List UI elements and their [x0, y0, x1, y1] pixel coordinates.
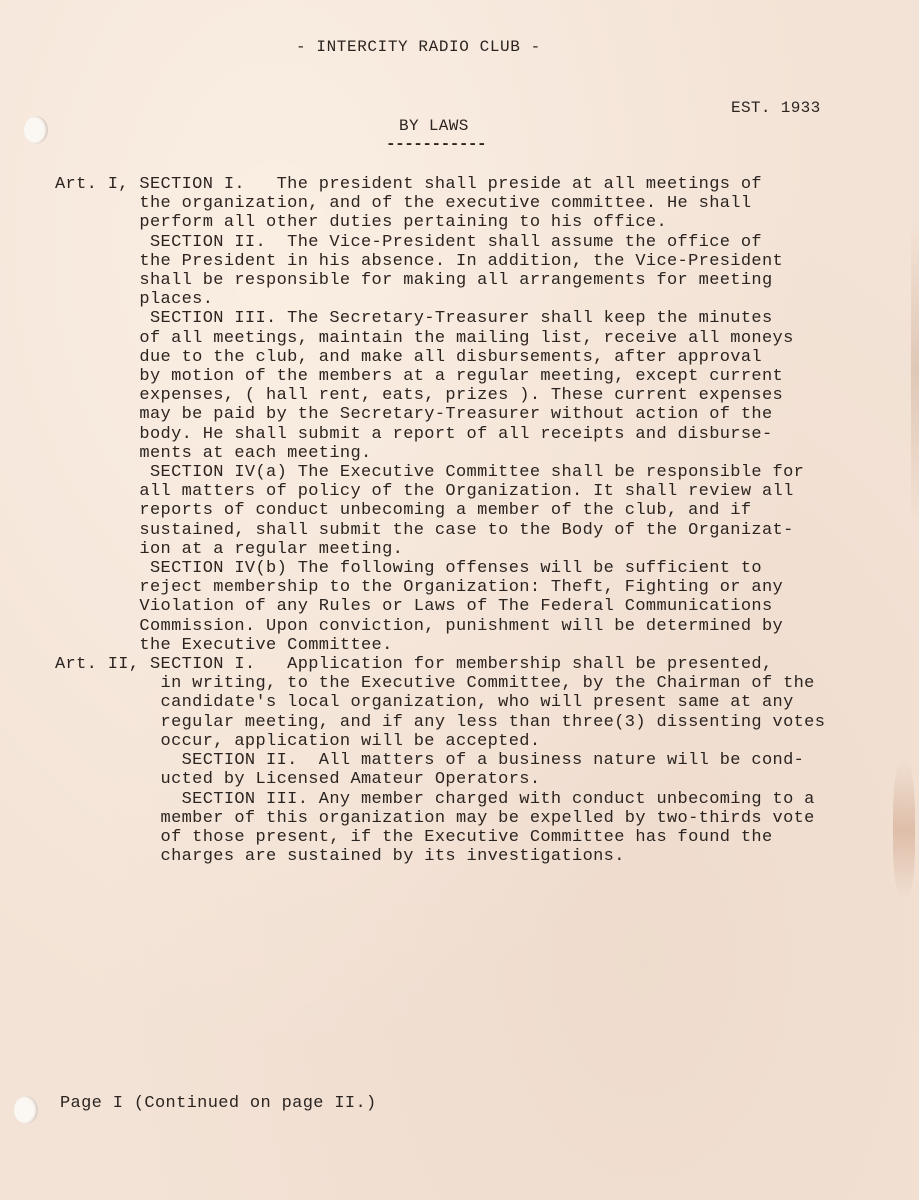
section: Art. I, SECTION I. The president shall p… — [55, 175, 825, 233]
text-line: by motion of the members at a regular me… — [55, 367, 825, 386]
text-line: Art. II, SECTION I. Application for memb… — [55, 655, 825, 674]
club-name: - INTERCITY RADIO CLUB - — [296, 38, 541, 57]
text-line: reject membership to the Organization: T… — [55, 578, 825, 597]
document-title: BY LAWS — [399, 117, 469, 136]
article-1: Art. I, SECTION I. The president shall p… — [55, 175, 825, 655]
text-line: regular meeting, and if any less than th… — [55, 713, 825, 732]
text-line: expenses, ( hall rent, eats, prizes ). T… — [55, 386, 825, 405]
text-line: ucted by Licensed Amateur Operators. — [55, 770, 825, 789]
text-line: of all meetings, maintain the mailing li… — [55, 329, 825, 348]
paper-edge-stain — [911, 220, 919, 520]
text-line: ments at each meeting. — [55, 444, 825, 463]
text-line: all matters of policy of the Organizatio… — [55, 482, 825, 501]
text-line: ion at a regular meeting. — [55, 540, 825, 559]
text-line: in writing, to the Executive Committee, … — [55, 674, 825, 693]
text-line: occur, application will be accepted. — [55, 732, 825, 751]
text-line: the Executive Committee. — [55, 636, 825, 655]
text-line: member of this organization may be expel… — [55, 809, 825, 828]
page-footer: Page I (Continued on page II.) — [60, 1094, 377, 1113]
section: SECTION II. The Vice-President shall ass… — [55, 233, 825, 310]
text-line: SECTION III. The Secretary-Treasurer sha… — [55, 309, 825, 328]
text-line: perform all other duties pertaining to h… — [55, 213, 825, 232]
punch-hole-bottom — [14, 1096, 38, 1124]
text-line: Art. I, SECTION I. The president shall p… — [55, 175, 825, 194]
text-line: SECTION IV(b) The following offenses wil… — [55, 559, 825, 578]
text-line: Commission. Upon conviction, punishment … — [55, 617, 825, 636]
text-line: places. — [55, 290, 825, 309]
text-line: body. He shall submit a report of all re… — [55, 425, 825, 444]
text-line: due to the club, and make all disburseme… — [55, 348, 825, 367]
text-line: Violation of any Rules or Laws of The Fe… — [55, 597, 825, 616]
punch-hole-top — [24, 116, 48, 144]
title-underline: ----------- — [386, 135, 486, 154]
text-line: may be paid by the Secretary-Treasurer w… — [55, 405, 825, 424]
text-line: SECTION II. All matters of a business na… — [55, 751, 825, 770]
text-line: of those present, if the Executive Commi… — [55, 828, 825, 847]
section: SECTION IV(b) The following offenses wil… — [55, 559, 825, 655]
text-line: reports of conduct unbecoming a member o… — [55, 501, 825, 520]
established-date: EST. 1933 — [731, 99, 821, 118]
section: SECTION III. Any member charged with con… — [55, 790, 825, 867]
text-line: candidate's local organization, who will… — [55, 693, 825, 712]
text-line: shall be responsible for making all arra… — [55, 271, 825, 290]
text-line: the President in his absence. In additio… — [55, 252, 825, 271]
section: SECTION II. All matters of a business na… — [55, 751, 825, 789]
article-2: Art. II, SECTION I. Application for memb… — [55, 655, 825, 866]
text-line: SECTION III. Any member charged with con… — [55, 790, 825, 809]
section: SECTION IV(a) The Executive Committee sh… — [55, 463, 825, 559]
text-line: sustained, shall submit the case to the … — [55, 521, 825, 540]
text-line: SECTION IV(a) The Executive Committee sh… — [55, 463, 825, 482]
paper-stain — [893, 760, 915, 900]
text-line: the organization, and of the executive c… — [55, 194, 825, 213]
section: Art. II, SECTION I. Application for memb… — [55, 655, 825, 751]
bylaws-body: Art. I, SECTION I. The president shall p… — [55, 175, 825, 866]
text-line: charges are sustained by its investigati… — [55, 847, 825, 866]
text-line: SECTION II. The Vice-President shall ass… — [55, 233, 825, 252]
section: SECTION III. The Secretary-Treasurer sha… — [55, 309, 825, 463]
